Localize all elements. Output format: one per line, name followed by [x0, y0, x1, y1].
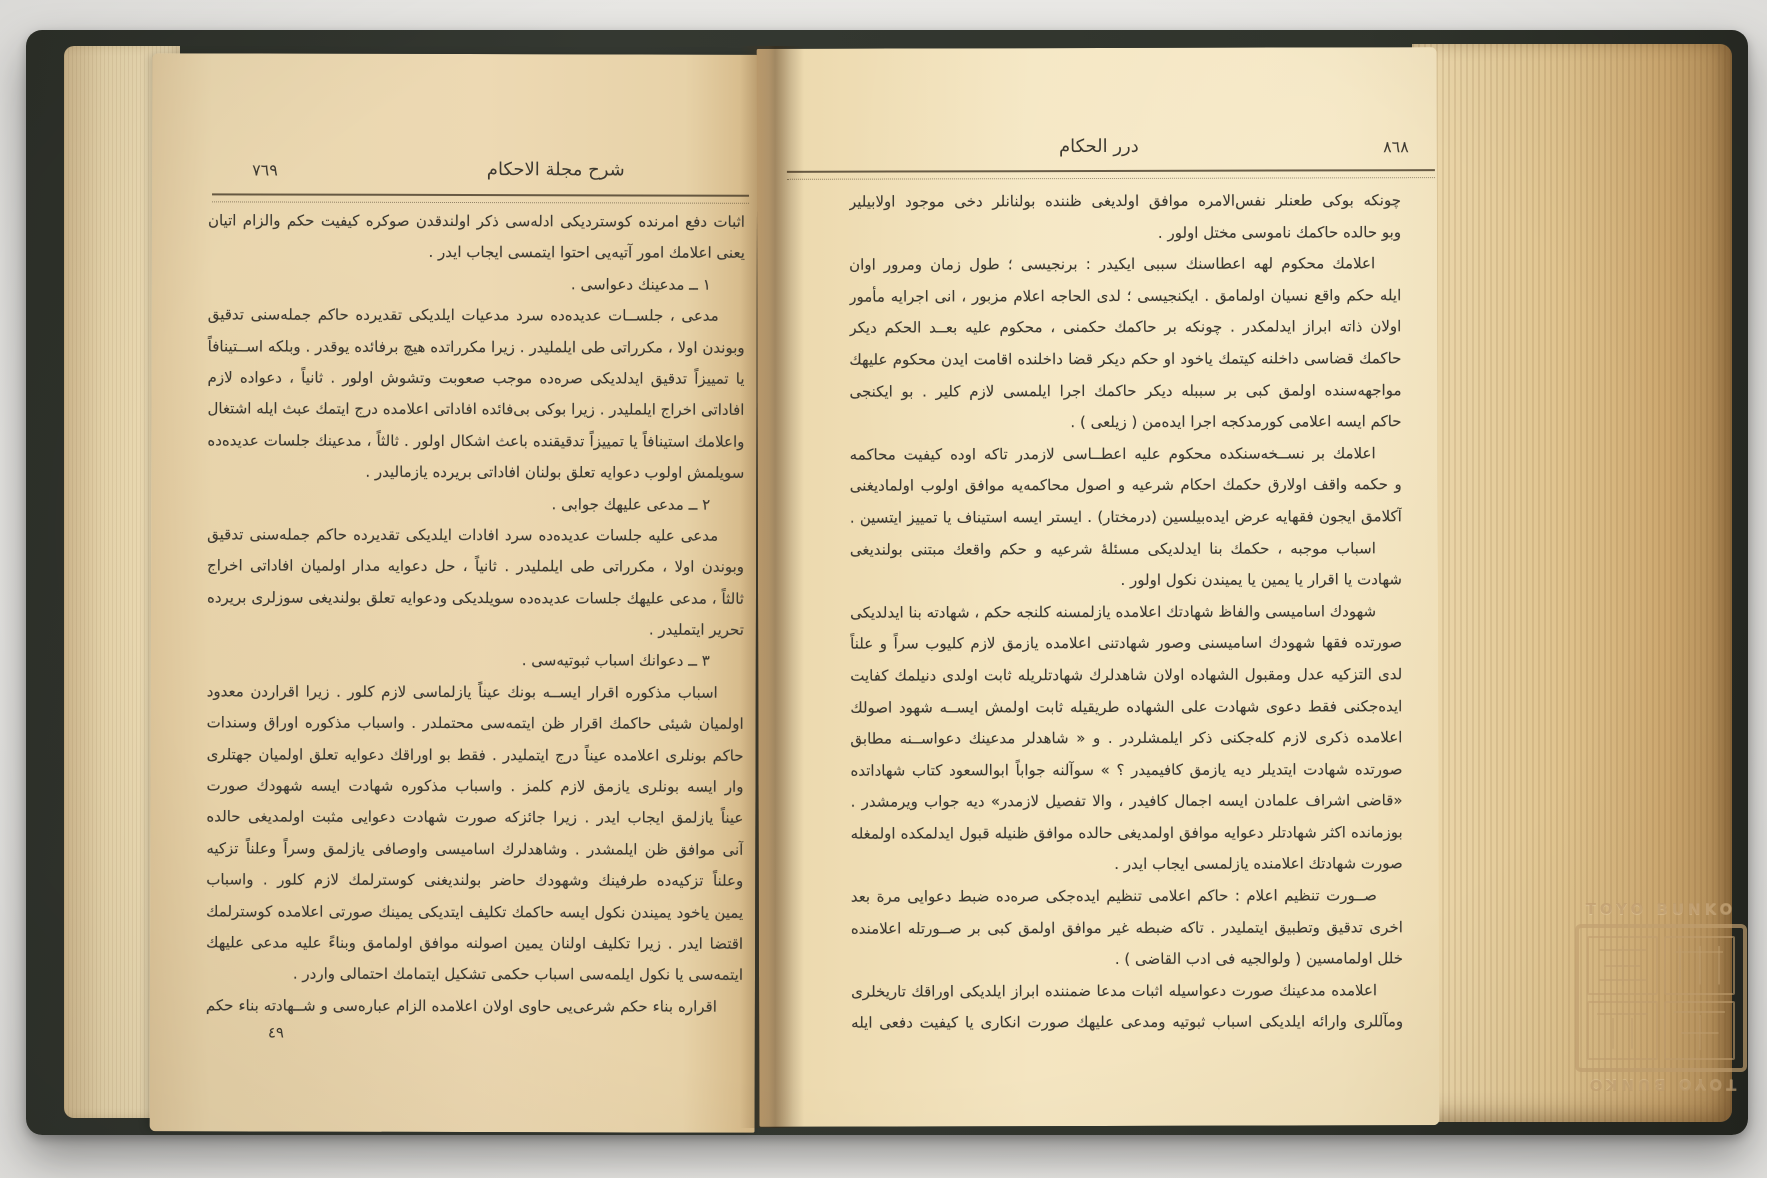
text-line: اقتضا ايدر . زيرا تكليف اولنان يمين اصول… — [206, 927, 743, 960]
right-page: ٨٦٨ درر الحكام چونكه بوكى طعنلر نفس‌الام… — [757, 47, 1440, 1127]
text-line: آكلامق ايجون فقهايه عرض ايده‌بيلسين (درم… — [850, 501, 1402, 534]
text-line: اولميان شيئى حاكمك اقرار ظن ايتمه‌سى محت… — [207, 708, 744, 741]
text-line: ٣ ــ دعوانك اسباب ثبوتيه‌سى . — [207, 645, 744, 678]
right-running-title: درر الحكام — [1059, 136, 1139, 157]
left-page-number: ٧٦٩ — [252, 160, 278, 179]
text-line: يا تمييزاً تدقيق ايدلديكى صره‌ده موجب صع… — [208, 362, 745, 395]
text-line: مدعى ، جلســات عديده‌ده سرد مدعيات ايلدي… — [208, 300, 745, 333]
text-line: واعلامك استينافاً يا تمييزاً تدقيقنده با… — [207, 425, 744, 458]
text-line: و حكمه واقف اولارق حكمك احكام شرعيه و اص… — [850, 470, 1402, 503]
text-line: صــورت تنظيم اعلام : حاكم اعلامى تنظيم ا… — [851, 880, 1403, 913]
text-line: حاكم بونلرى اعلامده عيناً درج ايتمليدر .… — [207, 739, 744, 772]
text-line: ثالثاً ، مدعى عليهك جلسات عديده‌ده سويلد… — [207, 582, 744, 615]
text-line: وبوندن اولا ، مكرراتى طى ايلمليدر . ثاني… — [207, 551, 744, 584]
text-line: چونكه بوكى طعنلر نفس‌الامره موافق اولديغ… — [849, 185, 1401, 218]
text-line: ١ ــ مدعينك دعواسى . — [208, 268, 745, 301]
text-line: آنى موافق ظن ايلمشدر . وشاهدلرك اساميسى … — [206, 833, 743, 866]
text-line: حاكم ايسه اعلامى كورمدكجه اجرا ايده‌من (… — [850, 406, 1402, 439]
text-line: ايله حكم واقع نسيان اولمامق . ايكنجيسى ؛… — [849, 280, 1401, 313]
text-line: مدعى عليه جلسات عديده‌ده سرد افادات ايلد… — [207, 519, 744, 552]
text-line: ٢ ــ مدعى عليهك جوابى . — [207, 488, 744, 521]
left-running-title: شرح مجلة الاحكام — [487, 159, 625, 180]
text-line: ايتمه‌سى يا نكول ايلمه‌سى اسباب حكمى تشك… — [206, 959, 743, 992]
text-line: ومآللرى وارائه ايلديكى اسباب ثبوتيه ومدع… — [851, 1007, 1403, 1040]
text-line: لدى التزكيه عدل ومقبول الشهاده اولان شاه… — [850, 659, 1402, 692]
text-line: صورتده فقها شهودك اساميسنى وصور شهادتنى … — [850, 628, 1402, 661]
text-line: حاكمك قضاسى داخلنه كيتمك ياخود او حكم دي… — [849, 343, 1401, 376]
text-line: اخرى تدقيق وتطبيق ايتمليدر . تاكه ضبطه غ… — [851, 912, 1403, 945]
signature-mark: ٤٩ — [268, 1024, 284, 1042]
text-line: عيناً يازلمق ايجاب ايدر . زيرا جائزكه صو… — [206, 802, 743, 835]
text-line: خلل اولمامسين ( ولوالجيه فى ادب القاضى )… — [851, 943, 1403, 976]
text-line: صورت شهادتك اعلامنده يازلمسى ايجاب ايدر … — [851, 849, 1403, 882]
text-line: اولان ذاته ابراز ايدلمكدر . چونكه بر حاك… — [849, 312, 1401, 345]
left-page: ٧٦٩ شرح مجلة الاحكام اثبات دفع امرنده كو… — [150, 53, 758, 1133]
text-line: اعلامده مدعينك صورت دعواسيله اثبات مدعا … — [851, 975, 1403, 1008]
text-line: اعلامك بر نســخه‌سنكده محكوم عليه اعطــا… — [850, 438, 1402, 471]
right-page-edge-stack — [1412, 44, 1732, 1122]
text-line: وار ايسه بونلرى يازمق لازم كلمز . واسباب… — [206, 770, 743, 803]
text-line: شهودك اساميسى والفاظ شهادتك اعلامده يازل… — [850, 596, 1402, 629]
text-line: اعلامك محكوم لهه اعطاسنك سببى ايكيدر : ب… — [849, 248, 1401, 281]
text-line: وعلناً تزكيه‌ده طرفينك وشهودك حاضر بولند… — [206, 865, 743, 898]
text-line: اثبات دفع امرنده كوسترديكى ادله‌سى ذكر ا… — [208, 205, 745, 238]
text-line: اقراره بناء حكم شرعى‌يى حاوى اولان اعلام… — [206, 990, 743, 1023]
text-line: وبوندن اولا ، مكرراتى طى ايلمليدر . زيرا… — [208, 331, 745, 364]
text-line: افاداتى اخراج ايلمليدر . زيرا بوكى بى‌فا… — [207, 394, 744, 427]
right-header-rule — [787, 169, 1435, 180]
text-line: سويلمش اولوب دعوايه تعلق بولنان افاداتى … — [207, 456, 744, 489]
text-line: بوزمانده اكثر شهادتلر دعوايه موافق اولمد… — [851, 817, 1403, 850]
right-page-number: ٨٦٨ — [1383, 137, 1409, 156]
right-page-text: چونكه بوكى طعنلر نفس‌الامره موافق اولديغ… — [849, 185, 1403, 1039]
left-page-header: ٧٦٩ شرح مجلة الاحكام — [212, 158, 749, 189]
text-line: «قاضى اشراف علمادن ايسه اجمال كافيدر ، و… — [851, 785, 1403, 818]
text-line: صورتده شهادت ايتديلر ديه يازمق كافيميدر … — [850, 754, 1402, 787]
text-line: تحرير ايتمليدر . — [207, 613, 744, 646]
text-line: اسباب موجبه ، حكمك بنا ايدلديكى مسئلهٔ ش… — [850, 533, 1402, 566]
text-line: اسباب مذكوره اقرار ايســه بونك عيناً ياز… — [207, 676, 744, 709]
text-line: ايده‌جكنى فقط دعوى شهادت على الشهاده طري… — [850, 691, 1402, 724]
text-line: مواجهه‌سنده اولمق كبى بر سببله ديكر حاكم… — [849, 375, 1401, 408]
text-line: وبو حالده حاكمك ناموسى مختل اولور . — [849, 217, 1401, 250]
book: ٧٦٩ شرح مجلة الاحكام اثبات دفع امرنده كو… — [26, 30, 1748, 1135]
left-header-rule — [212, 193, 749, 203]
left-page-text: اثبات دفع امرنده كوسترديكى ادله‌سى ذكر ا… — [206, 205, 745, 1023]
text-line: يمين ياخود يميندن نكول ايسه حاكمك تكليف … — [206, 896, 743, 929]
text-line: شهادت يا اقرار يا يمين يا يميندن نكول او… — [850, 564, 1402, 597]
text-line: اعلامده ذكرى لازم كله‌جكنى ذكر ايلمشلردر… — [850, 722, 1402, 755]
right-page-header: ٨٦٨ درر الحكام — [787, 135, 1411, 167]
text-line: يعنى اعلامك امور آتيه‌يى احتوا ايتمسى اي… — [208, 237, 745, 270]
